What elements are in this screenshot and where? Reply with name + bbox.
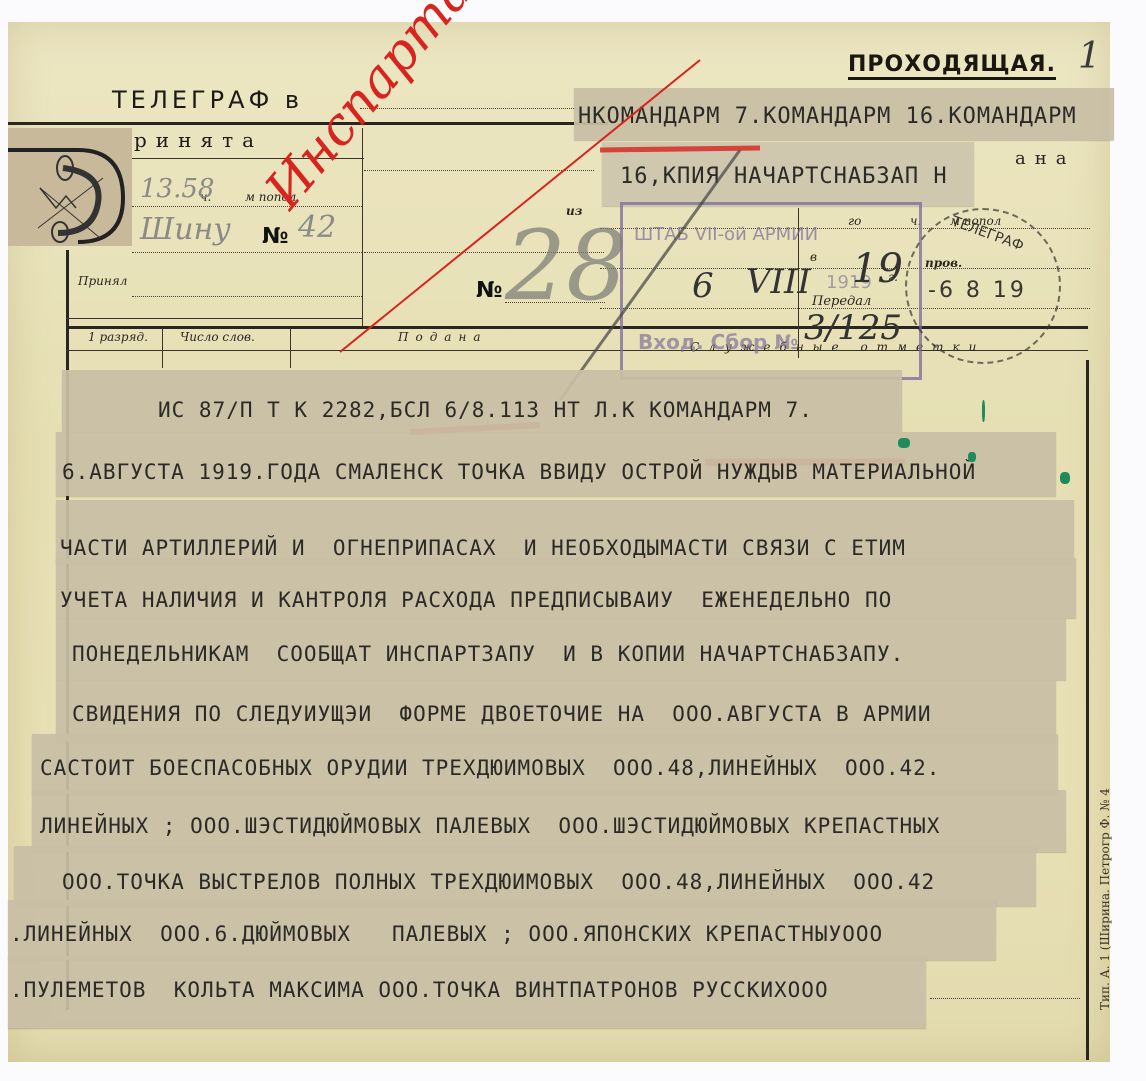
message-line: ИС 87/П Т К 2282,БСЛ 6/8.113 НТ Л.К КОМА… (158, 398, 813, 422)
message-line: САСТОИТ БОЕСПАСОБНЫХ ОРУДИИ ТРЕХДЮИМОВЫХ… (40, 756, 940, 780)
message-line: .ПУЛЕМЕТОВ КОЛЬТА МАКСИМА ООО.ТОЧКА ВИНТ… (10, 978, 829, 1002)
dotted-line (930, 998, 1080, 999)
message-line: 6.АВГУСТА 1919.ГОДА СМАЛЕНСК ТОЧКА ВВИДУ… (62, 460, 976, 484)
ink-spot (1060, 472, 1070, 484)
message-line: СВИДЕНИЯ ПО СЛЕДУИУЩЭИ ФОРМЕ ДВОЕТОЧИЕ Н… (72, 702, 932, 726)
ink-spot (898, 438, 910, 448)
message-line: ООО.ТОЧКА ВЫСТРЕЛОВ ПОЛНЫХ ТРЕХДЮИМОВЫХ … (62, 870, 935, 894)
message-line: .ЛИНЕЙНЫХ ООО.6.ДЮЙМОВЫХ ПАЛЕВЫХ ; ООО.Я… (10, 922, 883, 946)
message-line: УЧЕТА НАЛИЧИЯ И КАНТРОЛЯ РАСХОДА ПРЕДПИС… (60, 588, 892, 612)
ink-spot (968, 452, 976, 462)
ink-spot (982, 400, 985, 422)
message-line: ЛИНЕЙНЫХ ; ООО.ШЭСТИДЮЙМОВЫХ ПАЛЕВЫХ ООО… (40, 814, 940, 838)
message-line: ЧАСТИ АРТИЛЛЕРИЙ И ОГНЕПРИПАСАХ И НЕОБХО… (60, 536, 906, 560)
message-line: ПОНЕДЕЛЬНИКАМ СООБЩАТ ИНСПАРТЗАПУ И В КО… (72, 642, 904, 666)
